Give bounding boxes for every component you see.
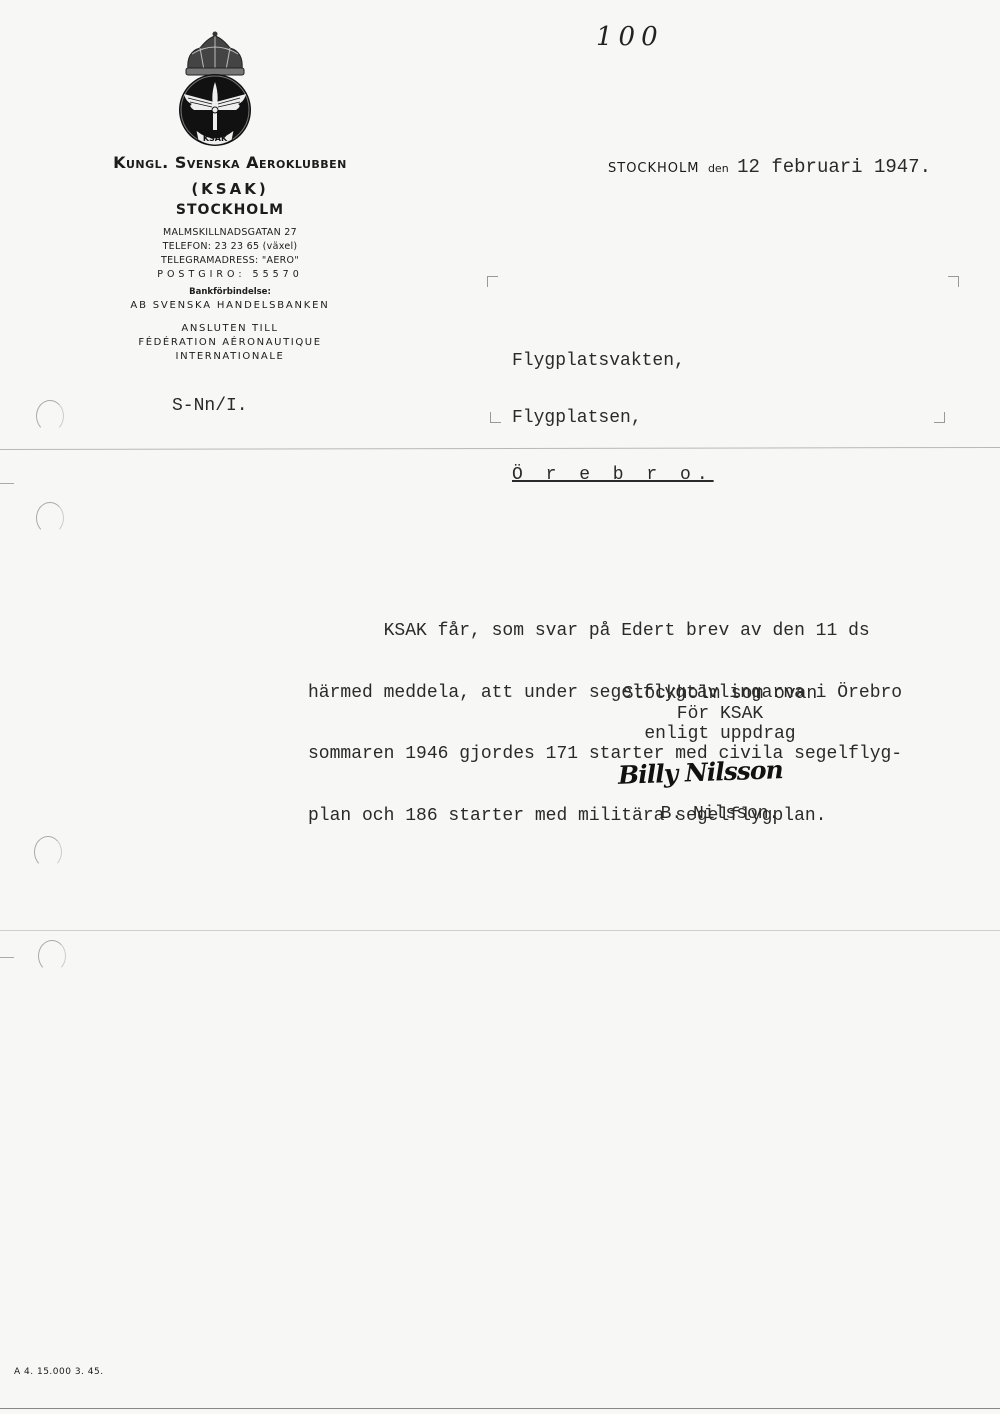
closing-line: Stockholm som ovan	[600, 684, 840, 704]
handwritten-folio-number: 100	[596, 22, 664, 52]
punch-hole-icon	[38, 940, 66, 972]
dateline-den: den	[708, 162, 729, 175]
page-edge	[0, 1408, 1000, 1409]
punch-hole-icon	[36, 400, 64, 432]
affiliation-line: ANSLUTEN TILL	[90, 322, 370, 336]
letter-date: 12 februari 1947.	[737, 156, 931, 178]
body-line: KSAK får, som svar på Edert brev av den …	[308, 621, 902, 642]
closing-line: enligt uppdrag	[600, 724, 840, 744]
bank-name: AB SVENSKA HANDELSBANKEN	[90, 300, 370, 311]
affiliation-line: INTERNATIONALE	[90, 350, 370, 364]
fold-tick-mark	[0, 483, 14, 484]
phone-line: TELEFON: 23 23 65 (växel)	[90, 240, 370, 254]
postgiro-line: POSTGIRO: 55570	[90, 268, 370, 282]
handwritten-signature: Billy Nilsson	[618, 755, 784, 790]
address-window-corner-mark	[490, 412, 501, 423]
closing-block: Stockholm som ovan För KSAK enligt uppdr…	[600, 684, 840, 744]
signer-name: B. Nilsson.	[600, 804, 840, 824]
address-line: MALMSKILLNADSGATAN 27	[90, 226, 370, 240]
recipient-line: Flygplatsen,	[512, 409, 714, 428]
dateline: STOCKHOLM den 12 februari 1947.	[608, 156, 931, 178]
address-window-corner-mark	[948, 276, 959, 287]
recipient-city: Ö r e b r o.	[512, 466, 714, 485]
recipient-line: Flygplatsvakten,	[512, 352, 714, 371]
address-window-corner-mark	[487, 276, 498, 287]
reference-code: S-Nn/I.	[172, 396, 248, 416]
org-abbreviation: (KSAK)	[90, 180, 370, 198]
telegram-line: TELEGRAMADRESS: "AERO"	[90, 254, 370, 268]
punch-hole-icon	[36, 502, 64, 534]
print-code: A 4. 15.000 3. 45.	[14, 1367, 104, 1377]
recipient-address: Flygplatsvakten, Flygplatsen, Ö r e b r …	[512, 314, 714, 504]
ksak-emblem-icon: KSAK	[170, 30, 260, 148]
punch-hole-icon	[34, 836, 62, 868]
bank-label: Bankförbindelse:	[90, 287, 370, 297]
affiliation-block: ANSLUTEN TILL FÉDÉRATION AÉRONAUTIQUE IN…	[90, 322, 370, 364]
dateline-city: STOCKHOLM	[608, 161, 700, 176]
fold-line	[0, 930, 1000, 931]
address-window-corner-mark	[934, 412, 945, 423]
org-city: STOCKHOLM	[90, 202, 370, 218]
body-line: sommaren 1946 gjordes 171 starter med ci…	[308, 744, 902, 765]
org-name: Kungl. Svenska Aeroklubben	[90, 153, 370, 172]
svg-text:KSAK: KSAK	[203, 134, 228, 143]
closing-line: För KSAK	[600, 704, 840, 724]
org-contact-block: MALMSKILLNADSGATAN 27 TELEFON: 23 23 65 …	[90, 226, 370, 282]
fold-tick-mark	[0, 957, 14, 958]
fold-line	[0, 447, 1000, 450]
affiliation-line: FÉDÉRATION AÉRONAUTIQUE	[90, 336, 370, 350]
